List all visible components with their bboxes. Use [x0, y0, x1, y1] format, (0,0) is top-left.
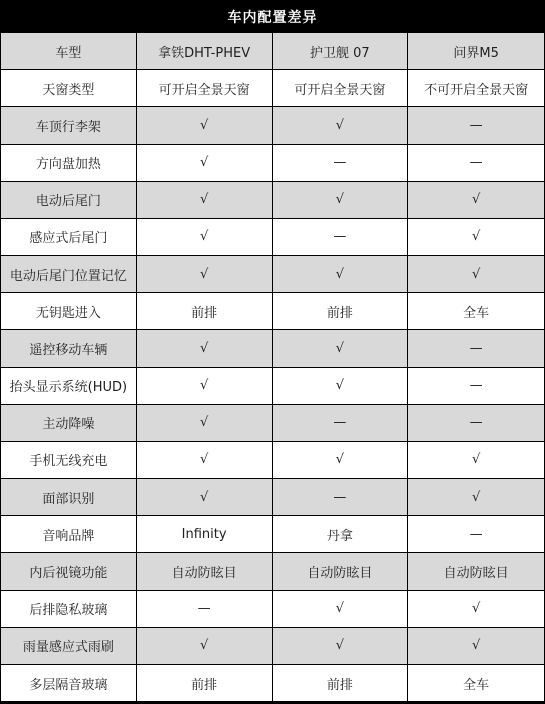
row-label: 遥控移动车辆: [1, 330, 137, 367]
row-value: 可开启全景天窗: [137, 70, 273, 107]
table-row: 多层隔音玻璃前排前排全车: [1, 665, 544, 702]
row-value: Infinity: [137, 516, 273, 553]
row-value: 前排: [137, 293, 273, 330]
row-label: 无钥匙进入: [1, 293, 137, 330]
row-value: √: [408, 479, 544, 516]
row-label: 感应式后尾门: [1, 219, 137, 256]
row-label: 车顶行李架: [1, 107, 137, 144]
table-header-row: 车型拿铁DHT-PHEV护卫舰 07问界M5: [1, 33, 544, 70]
row-label: 音响品牌: [1, 516, 137, 553]
row-value: √: [137, 628, 273, 665]
row-value: —: [137, 591, 273, 628]
header-cell-model: 拿铁DHT-PHEV: [137, 33, 273, 70]
table-title: 车内配置差异: [0, 0, 545, 33]
table-row: 内后视镜功能自动防眩目自动防眩目自动防眩目: [1, 553, 544, 590]
table-row: 方向盘加热√——: [1, 145, 544, 182]
row-value: √: [273, 368, 409, 405]
row-label: 后排隐私玻璃: [1, 591, 137, 628]
row-value: √: [137, 219, 273, 256]
table-row: 后排隐私玻璃—√√: [1, 591, 544, 628]
header-cell-feature: 车型: [1, 33, 137, 70]
row-label: 抬头显示系统(HUD): [1, 368, 137, 405]
row-value: √: [408, 256, 544, 293]
comparison-table: 车内配置差异 车型拿铁DHT-PHEV护卫舰 07问界M5 天窗类型可开启全景天…: [0, 0, 545, 704]
table-row: 电动后尾门位置记忆√√√: [1, 256, 544, 293]
table-row: 雨量感应式雨刷√√√: [1, 628, 544, 665]
row-value: √: [273, 182, 409, 219]
row-value: —: [273, 405, 409, 442]
row-value: √: [273, 628, 409, 665]
header-cell-model: 问界M5: [408, 33, 544, 70]
table-row: 天窗类型可开启全景天窗可开启全景天窗不可开启全景天窗: [1, 70, 544, 107]
row-value: √: [408, 591, 544, 628]
row-label: 雨量感应式雨刷: [1, 628, 137, 665]
header-cell-model: 护卫舰 07: [273, 33, 409, 70]
row-value: —: [408, 330, 544, 367]
row-label: 多层隔音玻璃: [1, 665, 137, 702]
row-value: —: [273, 479, 409, 516]
table-row: 遥控移动车辆√√—: [1, 330, 544, 367]
row-value: √: [137, 368, 273, 405]
table-row: 车顶行李架√√—: [1, 107, 544, 144]
table-row: 抬头显示系统(HUD)√√—: [1, 368, 544, 405]
row-label: 面部识别: [1, 479, 137, 516]
row-label: 内后视镜功能: [1, 553, 137, 590]
row-value: √: [137, 256, 273, 293]
row-label: 主动降噪: [1, 405, 137, 442]
row-value: 可开启全景天窗: [273, 70, 409, 107]
row-value: —: [408, 516, 544, 553]
row-value: √: [137, 405, 273, 442]
row-label: 电动后尾门位置记忆: [1, 256, 137, 293]
table-row: 无钥匙进入前排前排全车: [1, 293, 544, 330]
row-value: 全车: [408, 293, 544, 330]
table-body: 天窗类型可开启全景天窗可开启全景天窗不可开启全景天窗车顶行李架√√—方向盘加热√…: [1, 70, 544, 702]
table-row: 电动后尾门√√√: [1, 182, 544, 219]
row-value: √: [273, 330, 409, 367]
row-value: √: [408, 442, 544, 479]
row-value: √: [408, 182, 544, 219]
row-value: —: [408, 368, 544, 405]
row-value: 前排: [137, 665, 273, 702]
row-value: 前排: [273, 665, 409, 702]
row-value: —: [273, 219, 409, 256]
row-value: √: [137, 330, 273, 367]
row-value: √: [408, 628, 544, 665]
row-value: 自动防眩目: [137, 553, 273, 590]
row-label: 手机无线充电: [1, 442, 137, 479]
table-row: 主动降噪√——: [1, 405, 544, 442]
row-label: 方向盘加热: [1, 145, 137, 182]
row-value: √: [137, 479, 273, 516]
row-value: √: [408, 219, 544, 256]
row-value: √: [137, 442, 273, 479]
row-value: √: [137, 182, 273, 219]
row-value: √: [273, 256, 409, 293]
row-value: 自动防眩目: [273, 553, 409, 590]
table-row: 手机无线充电√√√: [1, 442, 544, 479]
row-value: 不可开启全景天窗: [408, 70, 544, 107]
row-value: √: [273, 107, 409, 144]
row-value: √: [273, 591, 409, 628]
table-row: 感应式后尾门√—√: [1, 219, 544, 256]
row-label: 电动后尾门: [1, 182, 137, 219]
row-value: 丹拿: [273, 516, 409, 553]
row-value: 自动防眩目: [408, 553, 544, 590]
row-value: —: [408, 107, 544, 144]
table-row: 音响品牌Infinity丹拿—: [1, 516, 544, 553]
row-label: 天窗类型: [1, 70, 137, 107]
row-value: —: [408, 405, 544, 442]
table-row: 面部识别√—√: [1, 479, 544, 516]
row-value: √: [137, 107, 273, 144]
row-value: —: [273, 145, 409, 182]
row-value: 全车: [408, 665, 544, 702]
row-value: √: [273, 442, 409, 479]
row-value: 前排: [273, 293, 409, 330]
row-value: —: [408, 145, 544, 182]
row-value: √: [137, 145, 273, 182]
